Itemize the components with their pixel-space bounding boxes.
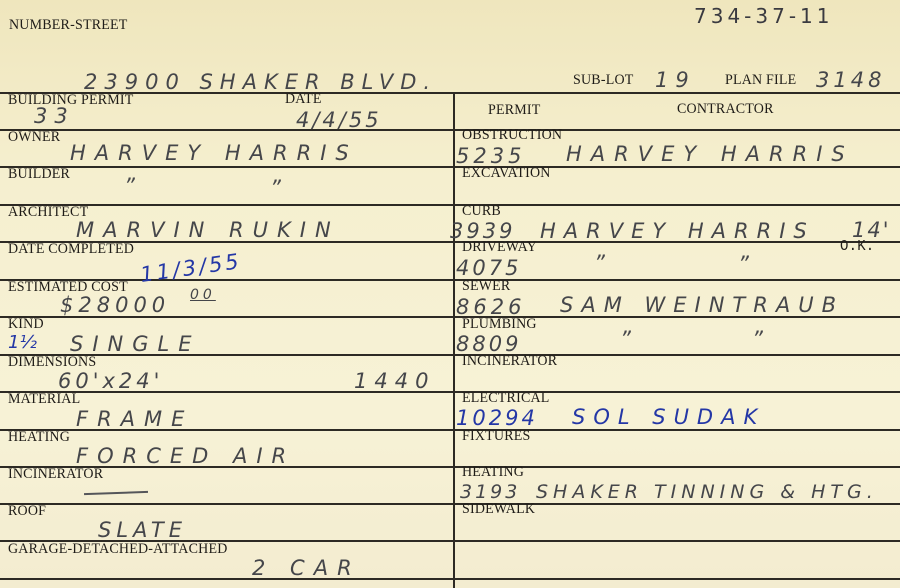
heating-right-permit: 3193 xyxy=(460,483,520,502)
plumbing-ditto-2: ” xyxy=(752,329,770,350)
excavation-label: EXCAVATION xyxy=(462,167,551,182)
date-completed-value: 11/3/55 xyxy=(139,251,243,286)
plan-file-label: PLAN FILE xyxy=(725,74,796,89)
roof-label: ROOF xyxy=(8,505,46,520)
sub-lot-label: SUB-LOT xyxy=(573,74,634,89)
builder-ditto-1: ” xyxy=(124,176,142,197)
incinerator-dash xyxy=(84,491,148,495)
driveway-ditto-1: ” xyxy=(594,253,612,274)
rule-top xyxy=(0,92,900,94)
rule xyxy=(0,166,900,168)
architect-value: MARVIN RUKIN xyxy=(76,220,340,241)
date-value: 4/4/55 xyxy=(296,110,382,131)
curb-label: CURB xyxy=(462,205,501,220)
plan-file-value: 3148 xyxy=(816,70,885,91)
electrical-label: ELECTRICAL xyxy=(462,392,550,407)
builder-label: BUILDER xyxy=(8,168,70,183)
sidewalk-label: SIDEWALK xyxy=(462,503,535,518)
dimensions-value: 60'x24' xyxy=(58,371,163,392)
sub-lot-value: 19 xyxy=(655,70,696,91)
kind-label: KIND xyxy=(8,318,44,333)
heating-value: FORCED AIR xyxy=(76,446,295,467)
plumbing-permit: 8809 xyxy=(456,334,521,355)
heating-right-contractor: SHAKER TINNING & HTG. xyxy=(536,483,878,502)
sewer-label: SEWER xyxy=(462,280,510,295)
kind-prefix: 1½ xyxy=(8,334,37,352)
plumbing-ditto-1: ” xyxy=(620,329,638,350)
owner-value: HARVEY HARRIS xyxy=(70,143,358,164)
rule xyxy=(0,503,900,505)
fixtures-label: FIXTURES xyxy=(462,430,531,445)
sewer-contractor: SAM WEINTRAUB xyxy=(560,295,844,316)
rule xyxy=(0,204,900,206)
column-divider xyxy=(453,92,455,588)
card-number: 734-37-11 xyxy=(694,6,834,26)
heating-label: HEATING xyxy=(8,431,70,446)
building-permit-value: 33 xyxy=(34,106,75,127)
driveway-note: O.K. xyxy=(840,240,874,255)
building-permit-card: NUMBER-STREET 734-37-11 23900 SHAKER BLV… xyxy=(0,0,900,588)
driveway-permit: 4075 xyxy=(456,258,521,279)
number-street-value: 23900 SHAKER BLVD. xyxy=(84,72,437,93)
obstruction-contractor: HARVEY HARRIS xyxy=(566,144,854,165)
material-value: FRAME xyxy=(76,409,193,430)
curb-contractor: HARVEY HARRIS xyxy=(540,221,815,242)
driveway-ditto-2: ” xyxy=(738,254,756,275)
rule-bottom xyxy=(0,578,900,580)
number-street-label: NUMBER-STREET xyxy=(9,19,128,34)
rule xyxy=(0,129,900,131)
date-completed-label: DATE COMPLETED xyxy=(8,243,134,258)
obstruction-label: OBSTRUCTION xyxy=(462,129,562,144)
electrical-contractor: SOL SUDAK xyxy=(572,407,765,428)
incinerator-label: INCINERATOR xyxy=(8,468,103,483)
permit-header: PERMIT xyxy=(488,104,541,119)
heating-right-label: HEATING xyxy=(462,466,524,481)
estimated-cost-value: $28000 xyxy=(60,295,170,316)
garage-label: GARAGE-DETACHED-ATTACHED xyxy=(8,543,228,558)
owner-label: OWNER xyxy=(8,131,60,146)
garage-value: 2 CAR xyxy=(252,558,361,579)
rule xyxy=(0,279,900,281)
plumbing-label: PLUMBING xyxy=(462,318,537,333)
obstruction-permit: 5235 xyxy=(456,146,525,167)
kind-value: SINGLE xyxy=(70,334,200,355)
dimensions-area: 1440 xyxy=(354,371,435,392)
electrical-permit: 10294 xyxy=(456,408,538,429)
material-label: MATERIAL xyxy=(8,393,80,408)
incinerator-right-label: INCINERATOR xyxy=(462,355,557,370)
estimated-cost-cents: 00 xyxy=(190,288,216,302)
builder-ditto-2: ” xyxy=(270,178,288,199)
date-label: DATE xyxy=(285,93,322,108)
contractor-header: CONTRACTOR xyxy=(677,103,774,118)
roof-value: SLATE xyxy=(98,520,187,541)
driveway-label: DRIVEWAY xyxy=(462,241,537,256)
sewer-permit: 8626 xyxy=(456,297,525,318)
